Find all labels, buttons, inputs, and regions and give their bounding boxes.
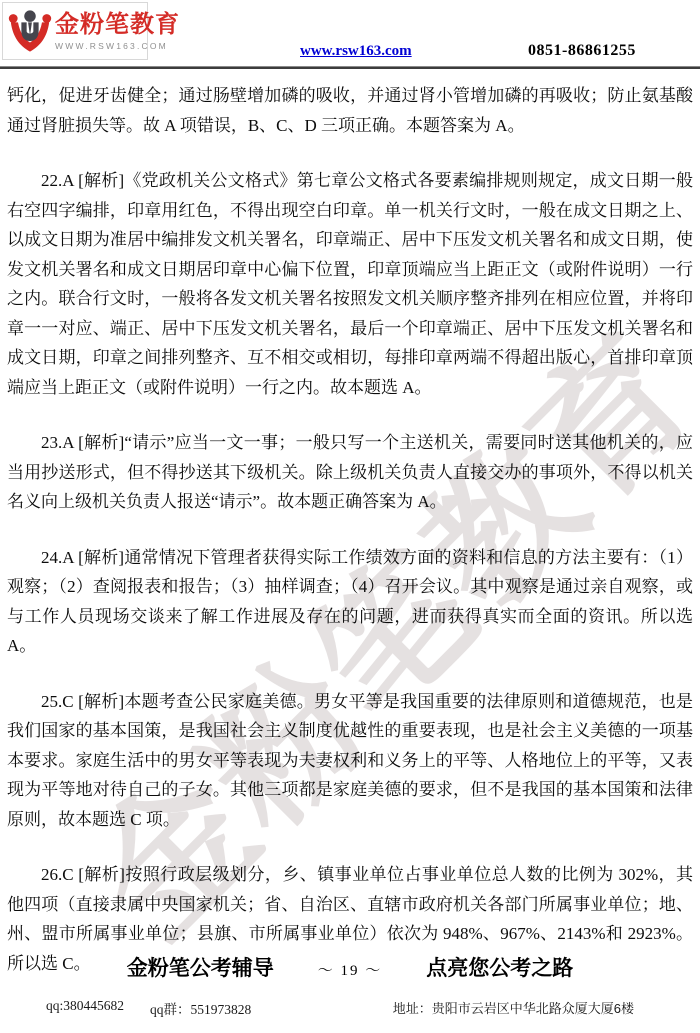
page-header: 金粉笔教育 WWW.RSW163.COM www.rsw163.com 0851… <box>0 0 700 66</box>
footer-contact-row: qq:380445682 qq群：551973828 地址：贵阳市云岩区中华北路… <box>0 998 700 1018</box>
paragraph-q23: 23.A [解析]“请示”应当一文一事；一般只写一个主送机关，需要同时送其他机关… <box>7 428 693 517</box>
phone-number: 0851-86861255 <box>528 42 636 60</box>
page-number: ～ 19 ～ <box>318 959 383 980</box>
paragraph-q22: 22.A [解析]《党政机关公文格式》第七章公文格式各要素编排规则规定，成文日期… <box>7 166 693 402</box>
brand-text: 金粉笔教育 WWW.RSW163.COM <box>55 12 180 51</box>
brand-logo-icon <box>7 6 53 56</box>
paragraph-continuation: 钙化，促进牙齿健全；通过肠壁增加磷的吸收，并通过肾小管增加磷的再吸收；防止氨基酸… <box>7 81 693 140</box>
website-link[interactable]: www.rsw163.com <box>300 43 412 60</box>
document-page: { "header": { "brand_name": "金粉笔教育", "br… <box>0 0 700 1033</box>
answer-explanations: 钙化，促进牙齿健全；通过肠壁增加磷的吸收，并通过肾小管增加磷的再吸收；防止氨基酸… <box>7 81 693 978</box>
company-address: 地址：贵阳市云岩区中华北路众厦大厦6楼 <box>393 998 634 1018</box>
footer-left-slogan: 金粉笔公考辅导 <box>127 952 274 982</box>
footer-right-slogan: 点亮您公考之路 <box>426 952 573 982</box>
brand-name: 金粉笔教育 <box>55 12 180 38</box>
header-divider <box>0 66 700 69</box>
qq-contact-block: qq:380445682 qq群：551973828 <box>46 998 251 1018</box>
qq-number: qq:380445682 <box>46 998 124 1018</box>
qq-group-number: qq群：551973828 <box>150 998 251 1018</box>
brand-logo: 金粉笔教育 WWW.RSW163.COM <box>2 2 148 60</box>
paragraph-q24: 24.A [解析]通常情况下管理者获得实际工作绩效方面的资料和信息的方法主要有：… <box>7 543 693 661</box>
footer-slogan-row: 金粉笔公考辅导 ～ 19 ～ 点亮您公考之路 <box>0 952 700 982</box>
paragraph-q25: 25.C [解析]本题考查公民家庭美德。男女平等是我国重要的法律原则和道德规范，… <box>7 687 693 835</box>
brand-site-caption: WWW.RSW163.COM <box>55 41 180 51</box>
